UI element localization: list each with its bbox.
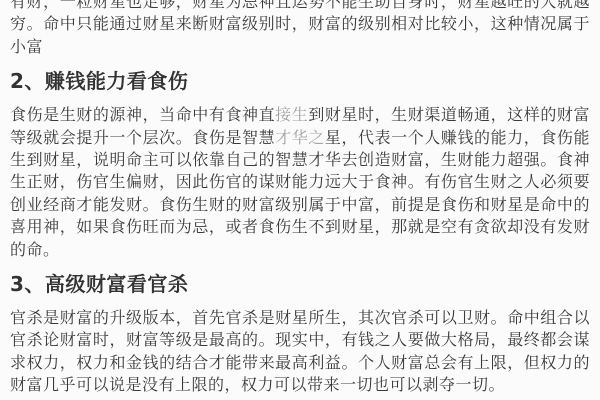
section-3-heading: 3、高级财富看官杀 (10, 271, 590, 297)
section-2-body-seg1: 食伤是生财的源神，当命中有食神直 (10, 105, 275, 124)
intro-paragraph-text: 有财，一粒财星也足够，财星为忌神且运势不能生助自身时，财星越旺的人就越穷。命中只… (10, 0, 590, 56)
article: 有财，一粒财星也足够，财星为忌神且运势不能生助自身时，财星越旺的人就越穷。命中只… (0, 0, 600, 397)
section-2-body-faded-watermark-text-2: 才华之 (275, 128, 325, 147)
section-2-body-seg3: 星，代表一个人赚钱的能力，食伤能生到财星，说明命主可以依靠自己的智慧才华去创造财… (10, 128, 590, 259)
intro-paragraph: 有财，一粒财星也足够，财星为忌神且运势不能生助自身时，财星越旺的人就越穷。命中只… (10, 0, 590, 58)
section-2-body-faded-watermark-text-1: 接生 (275, 105, 308, 124)
section-2-heading: 2、赚钱能力看食伤 (10, 68, 590, 94)
section-2-body: 食伤是生财的源神，当命中有食神直接生到财星时，生财渠道畅通，这样的财富等级就会提… (10, 104, 590, 261)
document-page: { "page": { "background_color": "#fbfbfb… (0, 0, 600, 400)
section-3-body: 官杀是财富的升级版本，首先官杀是财星所生，其次官杀可以卫财。命中组合以官杀论财富… (10, 307, 590, 397)
